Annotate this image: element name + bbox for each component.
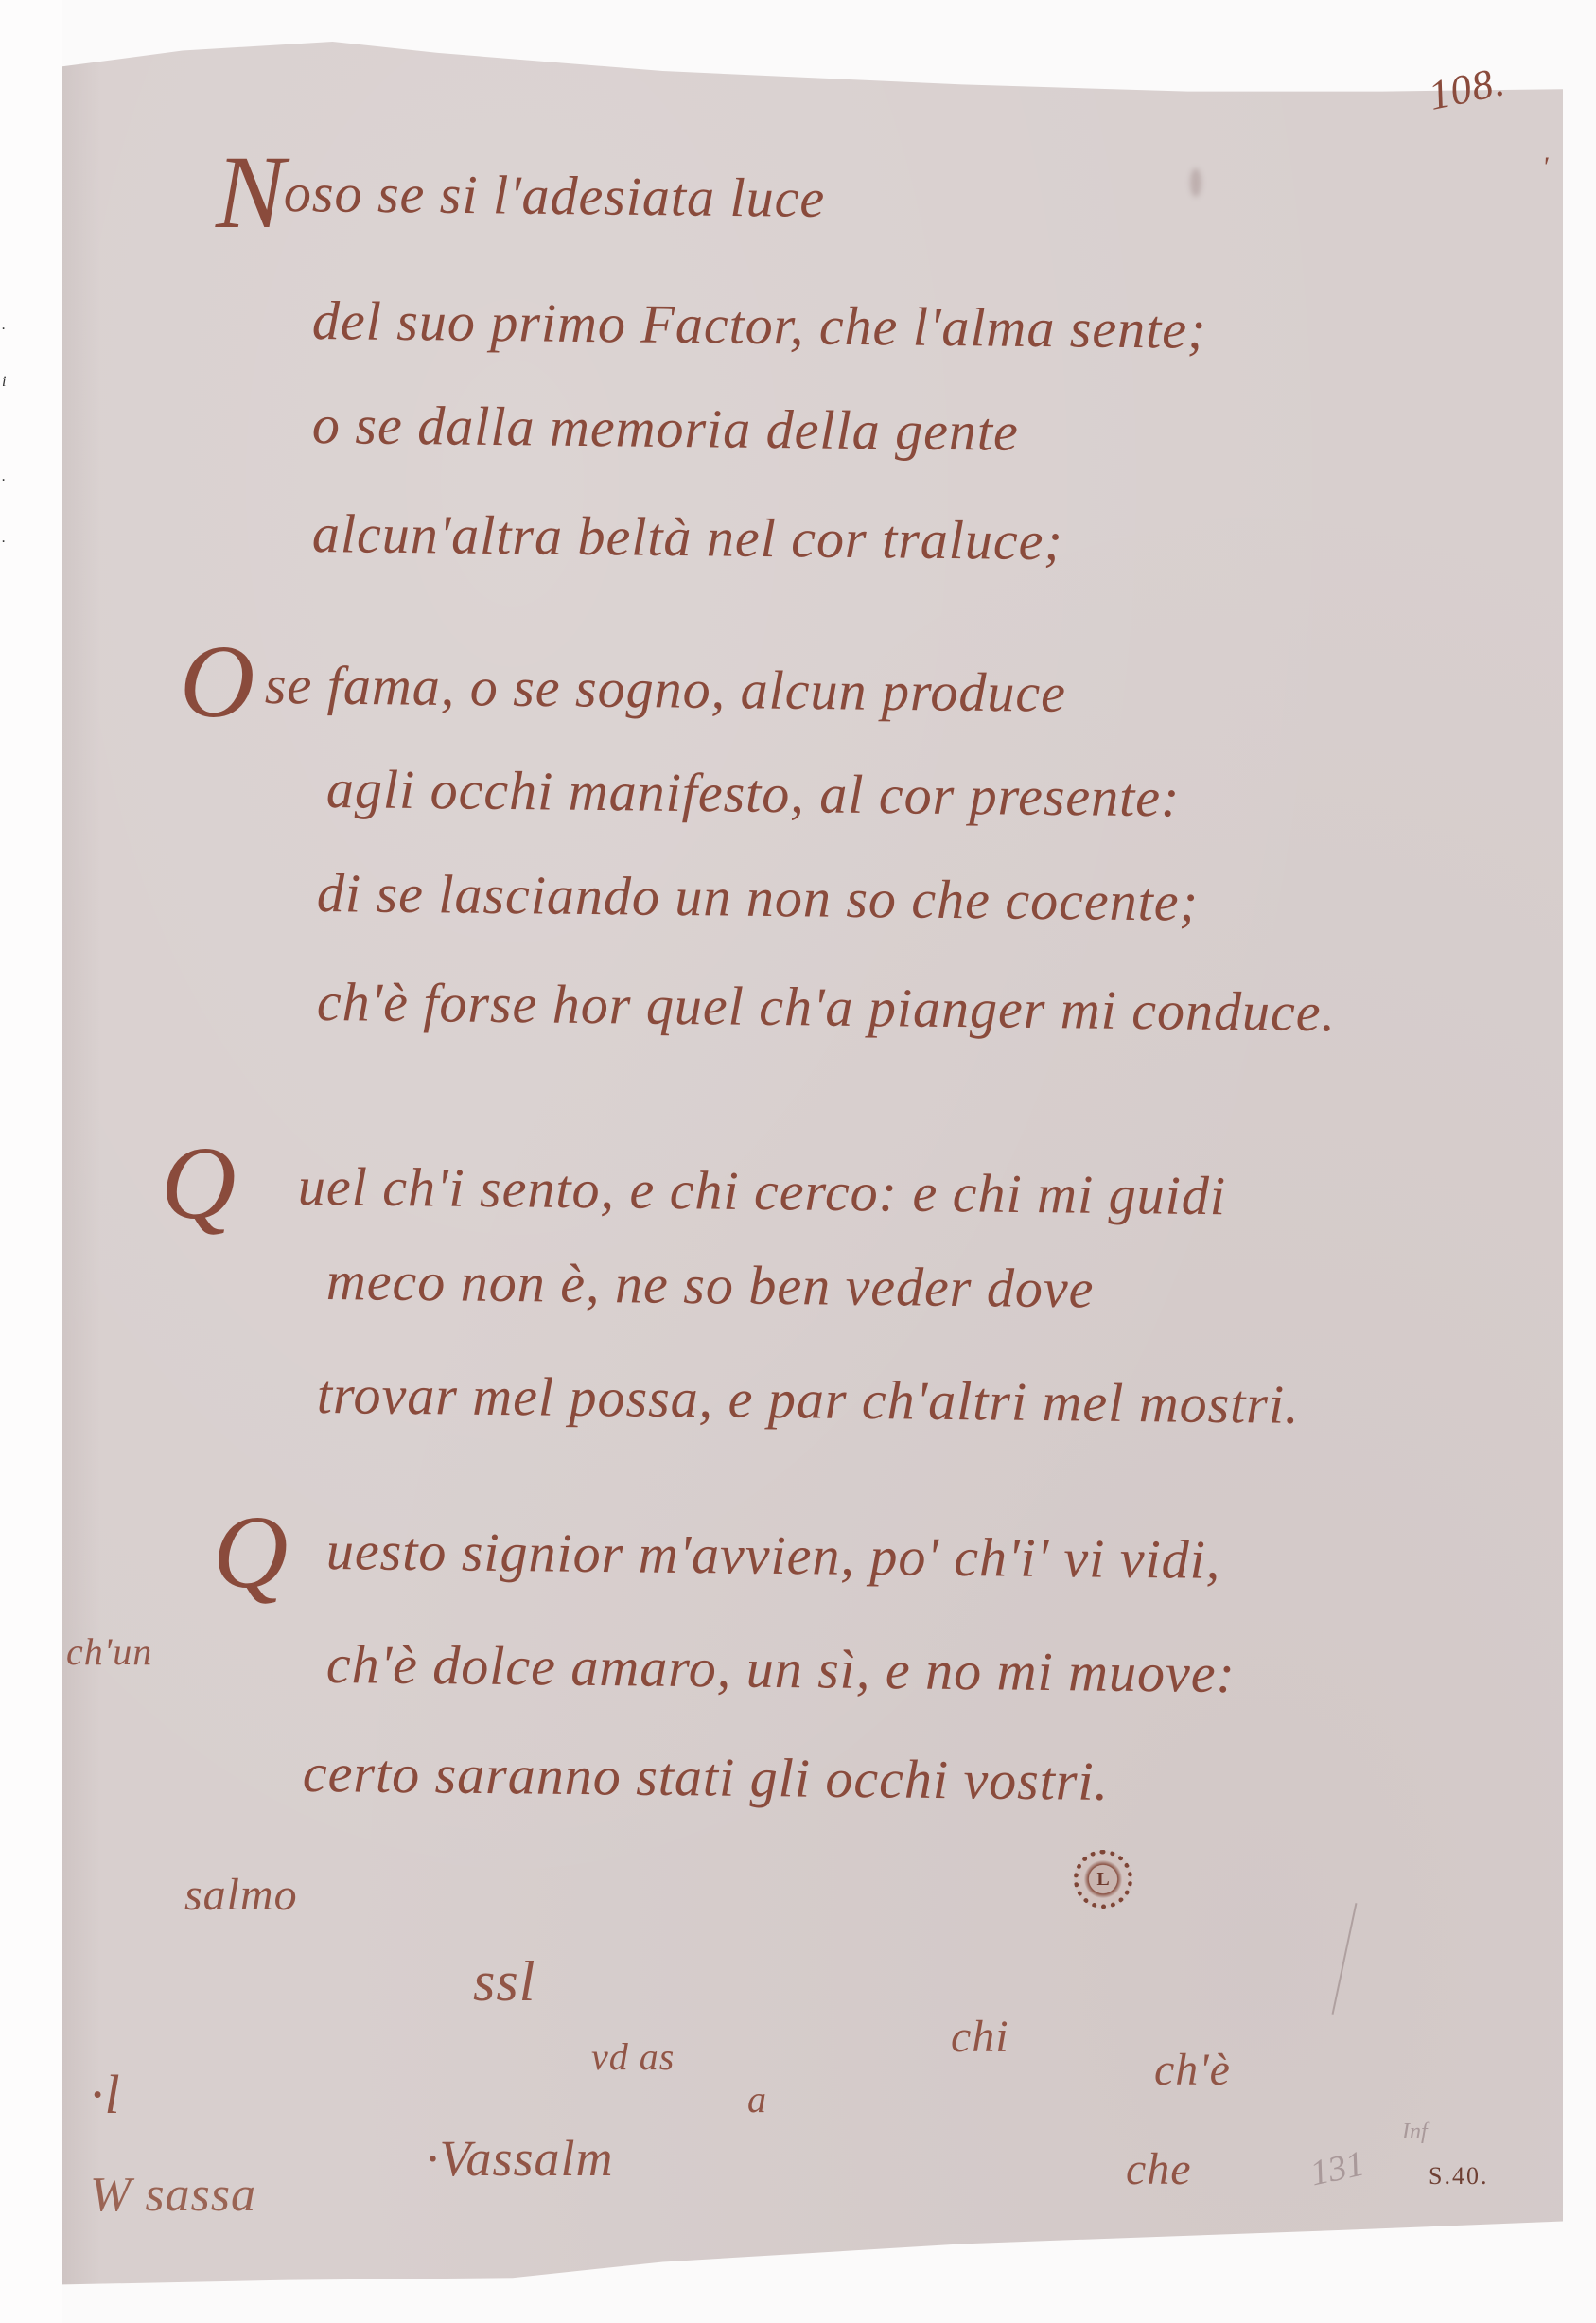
- margin-note: ch'un: [66, 1629, 152, 1674]
- scribble-chi: chi: [951, 2011, 1009, 2063]
- book-gutter: . i . .: [0, 0, 62, 2323]
- verse-line: oso se si l'adesiata luce: [284, 161, 826, 230]
- initial-letter-q: Q: [213, 1500, 288, 1604]
- scribble-che-accent: ch'è: [1154, 2044, 1231, 2096]
- gutter-mark: .: [2, 317, 6, 334]
- stamp-letter: L: [1096, 1869, 1109, 1891]
- verse-line: ch'è dolce amaro, un sì, e no mi muove:: [326, 1632, 1236, 1705]
- scribble-l-mark: ·l: [90, 2063, 121, 2126]
- verse-line: certo saranno stati gli occhi vostri.: [303, 1741, 1110, 1813]
- verse-line: o se dalla memoria della gente: [312, 393, 1019, 464]
- gutter-mark: i: [2, 374, 6, 391]
- top-right-mark: ': [1542, 151, 1549, 184]
- verse-line: trovar mel possa, e par ch'altri mel mos…: [317, 1363, 1300, 1436]
- verse-line: agli occhi manifesto, al cor presente:: [326, 757, 1181, 829]
- scribble-pen-trial: vd as: [591, 2034, 675, 2079]
- verse-line: meco non è, ne so ben veder dove: [326, 1249, 1095, 1320]
- scribble-che: che: [1126, 2143, 1192, 2195]
- scribble-salmo: salmo: [184, 1869, 298, 1921]
- verse-line: uesto signior m'avvien, po' ch'i' vi vid…: [326, 1519, 1221, 1592]
- verse-line: alcun'altra beltà nel cor traluce;: [312, 502, 1063, 572]
- shelfmark: S.40.: [1429, 2162, 1488, 2191]
- scribble-pen-trial: ssl: [473, 1949, 535, 2015]
- scribble-w-sassa: W sassa: [90, 2167, 256, 2223]
- initial-letter-n: N: [216, 140, 285, 244]
- verse-line: di se lasciando un non so che cocente;: [317, 861, 1200, 934]
- initial-letter-o: O: [180, 629, 254, 733]
- pencil-corner-mark: Inf: [1402, 2120, 1428, 2145]
- scribble-vassalm: ·Vassalm: [426, 2129, 614, 2188]
- ink-smudge: [1190, 168, 1201, 197]
- library-stamp: L: [1074, 1850, 1132, 1909]
- verse-line: uel ch'i sento, e chi cerco: e chi mi gu…: [298, 1154, 1227, 1227]
- verse-line: del suo primo Factor, che l'alma sente;: [312, 289, 1207, 361]
- gutter-mark: .: [2, 530, 6, 547]
- verse-line: se fama, o se sogno, alcun produce: [265, 653, 1067, 725]
- initial-letter-q: Q: [161, 1131, 236, 1235]
- verse-line: ch'è forse hor quel ch'a pianger mi cond…: [317, 970, 1337, 1044]
- gutter-mark: .: [2, 468, 6, 485]
- scribble-pen-trial: a: [747, 2077, 767, 2121]
